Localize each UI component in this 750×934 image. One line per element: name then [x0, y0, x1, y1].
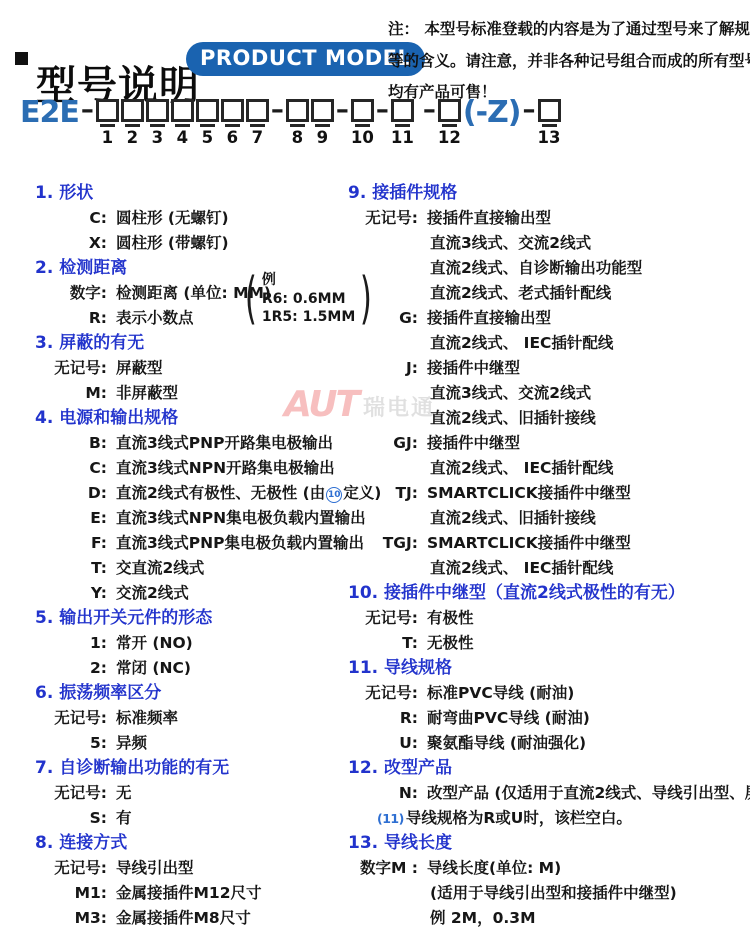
digit-underline — [542, 124, 557, 127]
item-text: 圆柱形 (带螺钉) — [116, 231, 229, 256]
item-row: T:交直流2线式 — [35, 556, 355, 581]
item-subline: 直流2线式、旧插针接线 — [348, 506, 750, 531]
position-number: 9 — [317, 129, 328, 147]
item-row: 无记号:导线引出型 — [35, 856, 355, 881]
item-text: 导线长度(单位: M) — [427, 856, 561, 881]
position-number: 3 — [152, 129, 163, 147]
code-text: (-Z) — [463, 99, 521, 126]
item-text: 金属接插件M12尺寸 — [116, 881, 262, 906]
item-text: 非屏蔽型 — [116, 381, 178, 406]
code-dash: – — [271, 99, 284, 122]
digit-box — [538, 99, 561, 122]
position-number: 10 — [351, 129, 374, 147]
item-text: SMARTCLICK接插件中继型 — [427, 531, 631, 556]
example-lines: 例R6: 0.6MM1R5: 1.5MM — [262, 271, 355, 327]
model-code: E2E–1234567–89–10–11–12(-Z)–13 — [19, 99, 562, 147]
code-position: 10 — [351, 99, 374, 147]
section: 5. 输出开关元件的形态1:常开 (NO)2:常闭 (NC) — [35, 606, 355, 681]
code-position: 11 — [391, 99, 414, 147]
digit-box — [311, 99, 334, 122]
section-heading: 11. 导线规格 — [348, 656, 750, 681]
item-label: 无记号: — [35, 781, 107, 806]
header-note: 注： 本型号标准登载的内容是为了通过型号来了解规格 等的含义。请注意，并非各种记… — [388, 14, 748, 109]
paren-open: ( — [245, 273, 257, 325]
item-subline: 直流2线式、自诊断输出功能型 — [348, 256, 750, 281]
item-text: 直流3线式PNP开路集电极输出 — [116, 431, 333, 456]
item-label: X: — [35, 231, 107, 256]
item-subline: 直流2线式、老式插针配线 — [348, 281, 750, 306]
item-row: C:直流3线式NPN开路集电极输出 — [35, 456, 355, 481]
item-row: 1:常开 (NO) — [35, 631, 355, 656]
digit-underline — [315, 124, 330, 127]
item-text: 接插件中继型 — [427, 356, 520, 381]
item-label: G: — [348, 306, 418, 331]
position-number: 11 — [391, 129, 414, 147]
position-number: 13 — [538, 129, 561, 147]
code-dash: – — [81, 99, 94, 122]
digit-underline — [125, 124, 140, 127]
code-position: 9 — [311, 99, 334, 147]
code-position: 7 — [246, 99, 269, 147]
item-text: 异频 — [116, 731, 147, 756]
item-label: 无记号: — [348, 206, 418, 231]
item-row: D:直流2线式有极性、无极性 (由10定义) — [35, 481, 355, 506]
item-subline: 直流2线式、 IEC插针配线 — [348, 556, 750, 581]
item-text: 金属接插件M8尺寸 — [116, 906, 251, 931]
item-label: GJ: — [348, 431, 418, 456]
item-subline: (适用于导线引出型和接插件中继型) — [348, 881, 750, 906]
item-row: TGJ:SMARTCLICK接插件中继型 — [348, 531, 750, 556]
position-number: 7 — [252, 129, 263, 147]
item-label: C: — [35, 456, 107, 481]
digit-underline — [395, 124, 410, 127]
digit-underline — [250, 124, 265, 127]
item-subline: 直流3线式、交流2线式 — [348, 381, 750, 406]
item-text: 导线引出型 — [116, 856, 194, 881]
item-text: 接插件直接输出型 — [427, 306, 551, 331]
position-number: 1 — [102, 129, 113, 147]
section: 11. 导线规格无记号:标准PVC导线 (耐油)R:耐弯曲PVC导线 (耐油)U… — [348, 656, 750, 756]
digit-underline — [442, 124, 457, 127]
item-text: SMARTCLICK接插件中继型 — [427, 481, 631, 506]
section-heading: 1. 形状 — [35, 181, 355, 206]
item-label: T: — [348, 631, 418, 656]
item-subline: 直流2线式、旧插针接线 — [348, 406, 750, 431]
section-heading: 10. 接插件中继型（直流2线式极性的有无） — [348, 581, 750, 606]
item-label: S: — [35, 806, 107, 831]
item-row: E:直流3线式NPN集电极负载内置输出 — [35, 506, 355, 531]
item-label: B: — [35, 431, 107, 456]
item-row: B:直流3线式PNP开路集电极输出 — [35, 431, 355, 456]
section-heading: 3. 屏蔽的有无 — [35, 331, 355, 356]
section-heading: 4. 电源和输出规格 — [35, 406, 355, 431]
section-heading: 7. 自诊断输出功能的有无 — [35, 756, 355, 781]
item-row: 无记号:接插件直接输出型 — [348, 206, 750, 231]
item-text: 有 — [116, 806, 132, 831]
section: 1. 形状C:圆柱形 (无螺钉)X:圆柱形 (带螺钉) — [35, 181, 355, 256]
item-row: M3:金属接插件M8尺寸 — [35, 906, 355, 931]
item-subline: 直流3线式、交流2线式 — [348, 231, 750, 256]
item-row: S:有 — [35, 806, 355, 831]
item-row: 无记号:屏蔽型 — [35, 356, 355, 381]
item-text: 改型产品 (仅适用于直流2线式、导线引出型、屏蔽型) — [427, 781, 750, 806]
item-label: 无记号: — [348, 606, 418, 631]
code-position: 3 — [146, 99, 169, 147]
section: 12. 改型产品N:改型产品 (仅适用于直流2线式、导线引出型、屏蔽型)(11)… — [348, 756, 750, 831]
item-text: 常闭 (NC) — [116, 656, 191, 681]
item-row: 5:异频 — [35, 731, 355, 756]
item-label: U: — [348, 731, 418, 756]
position-number: 8 — [292, 129, 303, 147]
digit-underline — [100, 124, 115, 127]
code-position: 6 — [221, 99, 244, 147]
item-row: U:聚氨酯导线 (耐油强化) — [348, 731, 750, 756]
item-text: 聚氨酯导线 (耐油强化) — [427, 731, 586, 756]
note-ref: (11) — [377, 806, 404, 831]
item-text: 导线规格为R或U时，该栏空白。 — [406, 806, 632, 831]
section: 10. 接插件中继型（直流2线式极性的有无）无记号:有极性T:无极性 — [348, 581, 750, 656]
section: 4. 电源和输出规格B:直流3线式PNP开路集电极输出C:直流3线式NPN开路集… — [35, 406, 355, 606]
item-subline: 例 2M，0.3M — [348, 906, 750, 931]
code-position: 12 — [438, 99, 461, 147]
item-label: N: — [348, 781, 418, 806]
item-row: 无记号:有极性 — [348, 606, 750, 631]
code-position: 5 — [196, 99, 219, 147]
section-heading: 9. 接插件规格 — [348, 181, 750, 206]
item-text: 圆柱形 (无螺钉) — [116, 206, 229, 231]
digit-box — [438, 99, 461, 122]
section: 9. 接插件规格无记号:接插件直接输出型直流3线式、交流2线式直流2线式、自诊断… — [348, 181, 750, 581]
digit-box — [121, 99, 144, 122]
item-text: 屏蔽型 — [116, 356, 163, 381]
code-position: 8 — [286, 99, 309, 147]
title-bullet-square — [15, 52, 28, 65]
product-model-page: 型号说明 PRODUCT MODEL 注： 本型号标准登载的内容是为了通过型号来… — [0, 0, 750, 934]
item-text: 直流2线式有极性、无极性 (由10定义) — [116, 481, 381, 506]
item-text: 标准频率 — [116, 706, 178, 731]
digit-box — [196, 99, 219, 122]
item-label: 无记号: — [348, 681, 418, 706]
code-position: 2 — [121, 99, 144, 147]
item-subline: 直流2线式、 IEC插针配线 — [348, 331, 750, 356]
digit-box — [96, 99, 119, 122]
section-heading: 13. 导线长度 — [348, 831, 750, 856]
digit-box — [391, 99, 414, 122]
digit-underline — [200, 124, 215, 127]
item-subline: 直流2线式、 IEC插针配线 — [348, 456, 750, 481]
item-label: T: — [35, 556, 107, 581]
item-label: E: — [35, 506, 107, 531]
item-label: TGJ: — [348, 531, 418, 556]
item-text: 常开 (NO) — [116, 631, 193, 656]
item-row: R:耐弯曲PVC导线 (耐油) — [348, 706, 750, 731]
item-row: M:非屏蔽型 — [35, 381, 355, 406]
section: 13. 导线长度数字M :导线长度(单位: M)(适用于导线引出型和接插件中继型… — [348, 831, 750, 931]
position-number: 6 — [227, 129, 238, 147]
item-label: M1: — [35, 881, 107, 906]
item-row: 无记号:标准频率 — [35, 706, 355, 731]
item-row: 无记号:无 — [35, 781, 355, 806]
item-label: 无记号: — [35, 856, 107, 881]
item-row: N:改型产品 (仅适用于直流2线式、导线引出型、屏蔽型) — [348, 781, 750, 806]
section-heading: 12. 改型产品 — [348, 756, 750, 781]
note-line: 等的含义。请注意，并非各种记号组合而成的所有型号 — [388, 46, 748, 78]
item-row: T:无极性 — [348, 631, 750, 656]
item-row: 2:常闭 (NC) — [35, 656, 355, 681]
digit-box — [286, 99, 309, 122]
item-row: J:接插件中继型 — [348, 356, 750, 381]
code-position: 4 — [171, 99, 194, 147]
item-row: F:直流3线式PNP集电极负载内置输出 — [35, 531, 355, 556]
item-text: 交直流2线式 — [116, 556, 204, 581]
item-text: 直流3线式NPN开路集电极输出 — [116, 456, 335, 481]
item-row: TJ:SMARTCLICK接插件中继型 — [348, 481, 750, 506]
section-heading: 8. 连接方式 — [35, 831, 355, 856]
code-position: 13 — [538, 99, 561, 147]
item-label: 2: — [35, 656, 107, 681]
item-text: 有极性 — [427, 606, 474, 631]
item-row: C:圆柱形 (无螺钉) — [35, 206, 355, 231]
digit-box — [221, 99, 244, 122]
position-number: 5 — [202, 129, 213, 147]
item-text: 直流3线式PNP集电极负载内置输出 — [116, 531, 364, 556]
position-number: 4 — [177, 129, 188, 147]
code-dash: – — [376, 99, 389, 122]
item-text: 耐弯曲PVC导线 (耐油) — [427, 706, 590, 731]
section: 3. 屏蔽的有无无记号:屏蔽型M:非屏蔽型 — [35, 331, 355, 406]
item-label: 数字: — [35, 281, 107, 306]
left-column: 1. 形状C:圆柱形 (无螺钉)X:圆柱形 (带螺钉)2. 检测距离数字:检测距… — [35, 181, 355, 931]
position-number: 2 — [127, 129, 138, 147]
item-label: F: — [35, 531, 107, 556]
code-text: E2E — [20, 99, 79, 126]
section: 2. 检测距离数字:检测距离 (单位: MM)R:表示小数点(例R6: 0.6M… — [35, 256, 355, 331]
item-text: 接插件中继型 — [427, 431, 520, 456]
item-label: Y: — [35, 581, 107, 606]
digit-box — [246, 99, 269, 122]
digit-underline — [355, 124, 370, 127]
item-label: C: — [35, 206, 107, 231]
circled-10-icon: 10 — [326, 487, 342, 503]
item-text: 表示小数点 — [116, 306, 194, 331]
item-label: J: — [348, 356, 418, 381]
digit-underline — [225, 124, 240, 127]
item-label: 无记号: — [35, 356, 107, 381]
digit-box — [351, 99, 374, 122]
digit-underline — [290, 124, 305, 127]
item-label: 数字M : — [348, 856, 418, 881]
digit-underline — [175, 124, 190, 127]
item-text: 接插件直接输出型 — [427, 206, 551, 231]
code-dash: – — [336, 99, 349, 122]
item-label: R: — [348, 706, 418, 731]
item-label: TJ: — [348, 481, 418, 506]
item-label: R: — [35, 306, 107, 331]
section-heading: 5. 输出开关元件的形态 — [35, 606, 355, 631]
section: 6. 振荡频率区分无记号:标准频率5:异频 — [35, 681, 355, 756]
right-column: 9. 接插件规格无记号:接插件直接输出型直流3线式、交流2线式直流2线式、自诊断… — [348, 181, 750, 931]
item-text: 无极性 — [427, 631, 474, 656]
item-label: 无记号: — [35, 706, 107, 731]
code-dash: – — [523, 99, 536, 122]
item-row: GJ:接插件中继型 — [348, 431, 750, 456]
item-row: 数字M :导线长度(单位: M) — [348, 856, 750, 881]
code-dash: – — [423, 99, 436, 122]
item-row: (11)导线规格为R或U时，该栏空白。 — [348, 806, 750, 831]
item-text: 标准PVC导线 (耐油) — [427, 681, 574, 706]
item-label: 1: — [35, 631, 107, 656]
item-row: 无记号:标准PVC导线 (耐油) — [348, 681, 750, 706]
section: 8. 连接方式无记号:导线引出型M1:金属接插件M12尺寸M3:金属接插件M8尺… — [35, 831, 355, 931]
note-line: 注： 本型号标准登载的内容是为了通过型号来了解规格 — [388, 14, 748, 46]
code-position: 1 — [96, 99, 119, 147]
item-row: Y:交流2线式 — [35, 581, 355, 606]
item-text: 无 — [116, 781, 132, 806]
item-label: M: — [35, 381, 107, 406]
item-label: M3: — [35, 906, 107, 931]
item-row: X:圆柱形 (带螺钉) — [35, 231, 355, 256]
digit-box — [146, 99, 169, 122]
item-row: G:接插件直接输出型 — [348, 306, 750, 331]
item-label: D: — [35, 481, 107, 506]
item-row: M1:金属接插件M12尺寸 — [35, 881, 355, 906]
item-text: 交流2线式 — [116, 581, 189, 606]
section-heading: 6. 振荡频率区分 — [35, 681, 355, 706]
item-text: 直流3线式NPN集电极负载内置输出 — [116, 506, 366, 531]
digit-box — [171, 99, 194, 122]
section: 7. 自诊断输出功能的有无无记号:无S:有 — [35, 756, 355, 831]
item-label: 5: — [35, 731, 107, 756]
position-number: 12 — [438, 129, 461, 147]
digit-underline — [150, 124, 165, 127]
